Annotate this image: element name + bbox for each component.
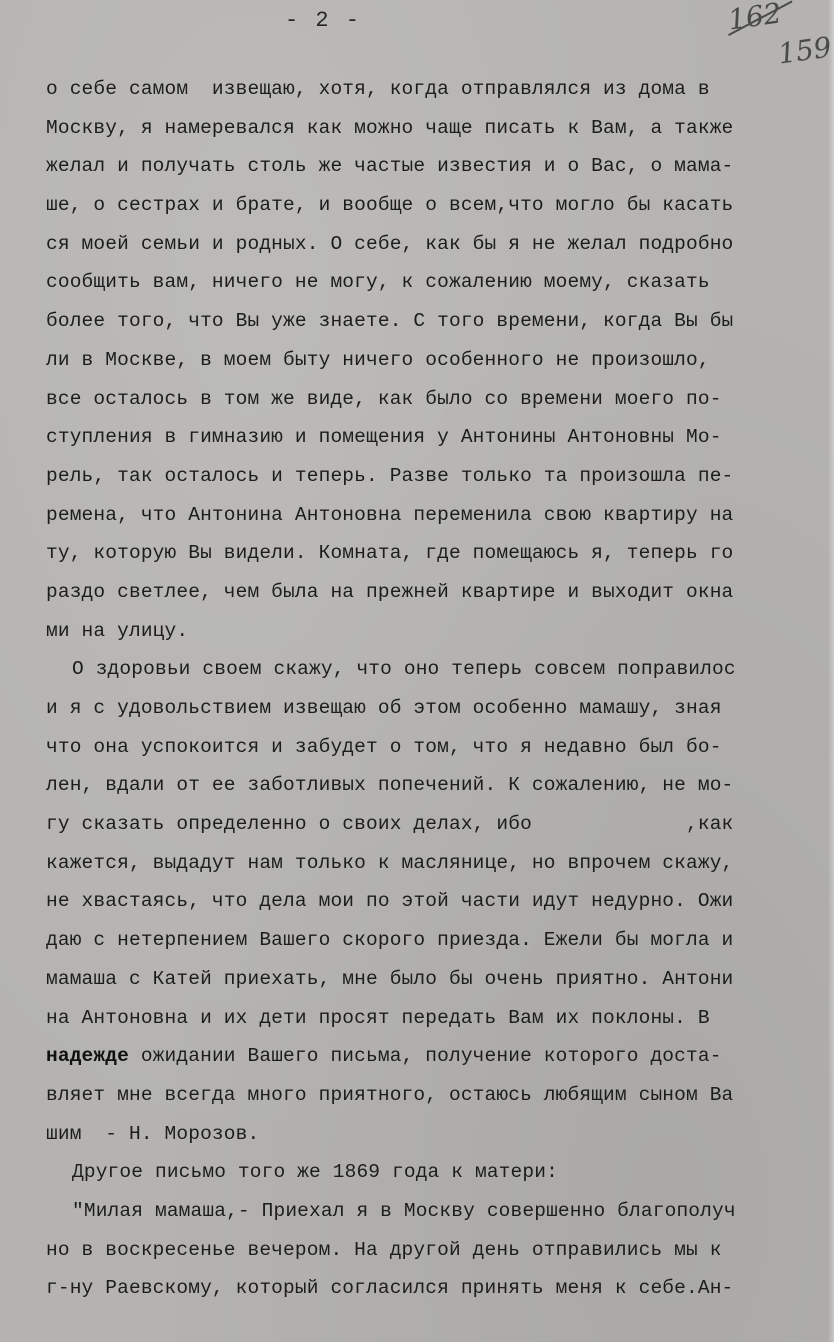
text-line: мамаша с Катей приехать, мне было бы оче… (46, 960, 826, 999)
line-remainder: ожидании Вашего письма, получение которо… (141, 1045, 722, 1067)
text-line: гу сказать определенно о своих делах, иб… (46, 805, 826, 844)
text-line: ту, которую Вы видели. Комната, где поме… (46, 534, 826, 573)
text-line: рель, так осталось и теперь. Разве тольк… (46, 457, 826, 496)
text-line: более того, что Вы уже знаете. С того вр… (46, 302, 826, 341)
text-line: Москву, я намеревался как можно чаще пис… (46, 109, 826, 148)
typewritten-page: - 2 - 162 159 о себе самом извещаю, хотя… (0, 0, 834, 1342)
page-number: - 2 - (285, 8, 361, 33)
text-line: ше, о сестрах и брате, и вообще о всем,ч… (46, 186, 826, 225)
text-line: ремена, что Антонина Антоновна переменил… (46, 496, 826, 535)
text-line: и я с удовольствием извещаю об этом особ… (46, 689, 826, 728)
letter-body: о себе самом извещаю, хотя, когда отправ… (46, 70, 826, 1308)
text-line: сообщить вам, ничего не могу, к сожалени… (46, 263, 826, 302)
text-line: но в воскресенье вечером. На другой день… (46, 1231, 826, 1270)
text-line: не хвастаясь, что дела мои по этой части… (46, 882, 826, 921)
text-line: желал и получать столь же частые извести… (46, 147, 826, 186)
text-line-with-strikeover: надежде ожидании Вашего письма, получени… (46, 1037, 826, 1076)
text-line: ся моей семьи и родных. О себе, как бы я… (46, 225, 826, 264)
text-line: на Антоновна и их дети просят передать В… (46, 999, 826, 1038)
signature-line: шим - Н. Морозов. (46, 1115, 826, 1154)
text-line: вляет мне всегда много приятного, остаюс… (46, 1076, 826, 1115)
text-line: раздо светлее, чем была на прежней кварт… (46, 573, 826, 612)
crossed-out-archive-number: 162 (726, 0, 784, 37)
text-line: все осталось в том же виде, как было со … (46, 380, 826, 419)
section-intro-line: Другое письмо того же 1869 года к матери… (46, 1153, 826, 1192)
text-line: даю с нетерпением Вашего скорого приезда… (46, 921, 826, 960)
letter-salutation-line: "Милая мамаша,- Приехал я в Москву совер… (46, 1192, 826, 1231)
text-line: ступления в гимназию и помещения у Антон… (46, 418, 826, 457)
text-line: г-ну Раевскому, который согласился приня… (46, 1269, 826, 1308)
struck-over-word: надежде (46, 1045, 129, 1067)
text-line: лен, вдали от ее заботливых попечений. К… (46, 766, 826, 805)
archive-number: 159 (776, 30, 834, 70)
text-line: кажется, выдадут нам только к маслянице,… (46, 844, 826, 883)
page-edge (828, 0, 834, 1342)
text-line: ми на улицу. (46, 612, 826, 651)
text-line: что она успокоится и забудет о том, что … (46, 728, 826, 767)
text-line: о себе самом извещаю, хотя, когда отправ… (46, 70, 826, 109)
paragraph-start-line: О здоровьи своем скажу, что оно теперь с… (46, 650, 826, 689)
text-line: ли в Москве, в моем быту ничего особенно… (46, 341, 826, 380)
